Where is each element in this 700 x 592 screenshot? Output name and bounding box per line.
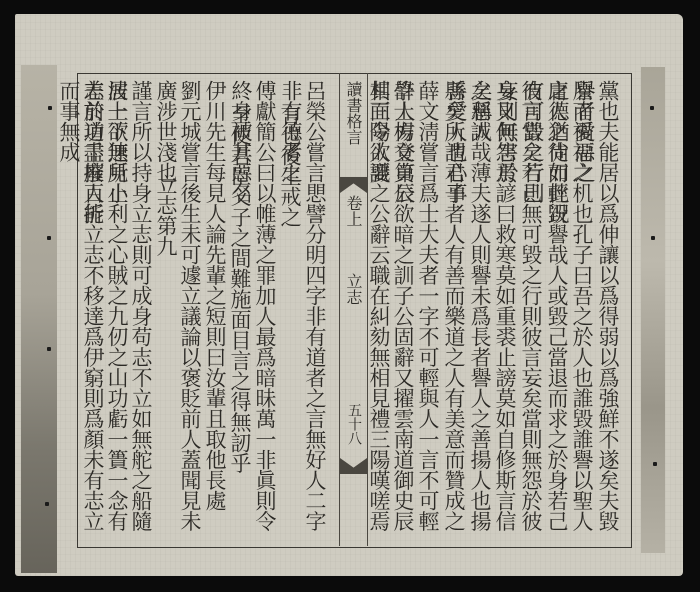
right-page-column: 其面令人要之公辭云職在糾劾無相見禮三陽嘆嗟焉: [367, 80, 391, 531]
left-page-column: 至使君臣父子之間難施面目言之得無訒乎: [228, 104, 252, 473]
binding-strip-left: [21, 65, 57, 573]
left-page-column: 志於道千摧百折立志不移達爲伊窮則爲顏未有志立而事無成: [81, 80, 105, 547]
right-page-column: 黨也夫能居以爲伸讓以爲得弱以爲強鮮不遂矣夫毀譽者愛惡之: [596, 80, 620, 547]
chapter-heading: 立志第九: [154, 174, 178, 256]
left-page-column: 劉元城嘗言後生未可遽立議論以褒貶前人蓋聞見未廣涉世淺也: [178, 80, 202, 547]
volume-label: 卷上: [340, 195, 367, 227]
thread-hole: [650, 106, 654, 110]
right-page-column: 庸人之徒而輕毀譽哉人或毀己當退而求之於身若己有可毀之行則: [545, 80, 569, 547]
fishtail-mark-top: [340, 177, 367, 193]
left-page-column: 謹言所以持身立志則可成身苟志不立如無舵之船隨波上下無所止: [129, 80, 153, 547]
right-page-column: 學士楊文貞公欲暗之訓子公固辭又擢雲南道御史辰相三陽欲識: [391, 80, 415, 547]
thread-hole: [45, 502, 49, 506]
right-page-column: 薛文淸嘗言爲士大夫者一字不可輕與人一言不可輕許人方登第辰: [416, 80, 440, 547]
page-number: 五十八: [340, 403, 367, 445]
section-label: 立志: [340, 273, 367, 305]
thread-hole: [651, 236, 655, 240]
left-page-column: 呂榮公嘗言愳譬分明四字非有道者之言無好人二字非有德者之: [303, 80, 327, 547]
binding-strip-right: [641, 67, 665, 553]
left-page-column: 言也後生戒之: [278, 104, 302, 227]
center-fold-banxin: 讀書格言 卷上 立志 五十八: [339, 73, 368, 546]
right-page-column: 縣矣所謂君子者人有善而樂道之人有美意而贊成之: [442, 80, 466, 531]
right-page-column: 之惡誠哉薄夫遂人則譽未爲長者譽人之善揚人也揚善愛人也心事: [468, 80, 492, 547]
right-page-column: 身又何怨焉諺曰救寒莫如重裘止謗莫如自修斯言信矣稱人: [493, 80, 517, 547]
left-page-column: 傅獻簡公曰以帷薄之罪加人最爲暗昧萬一非眞則令終身被其惡名: [253, 80, 277, 547]
left-page-column: 伊川先生每見人論先輩之短則曰汝輩且取他長處: [203, 80, 227, 511]
right-page-column: 彼言當矣若己無可毀之行則彼言妄矣當則無怨於彼妄則無害於: [519, 80, 543, 547]
thread-hole: [653, 462, 657, 466]
left-page-column: 居一欲速見小利之心賊之九仞之山功虧一簣一念有差前功盡廢人能: [105, 80, 129, 547]
book-title: 讀書格言: [340, 81, 367, 145]
right-page-column: 原而禍福之机也孔子曰吾之於人也誰毀誰譽以聖人之德猶尙如此况: [570, 80, 594, 547]
thread-hole: [47, 236, 51, 240]
thread-hole: [47, 347, 51, 351]
fishtail-mark-bottom: [340, 458, 367, 474]
thread-hole: [48, 106, 52, 110]
